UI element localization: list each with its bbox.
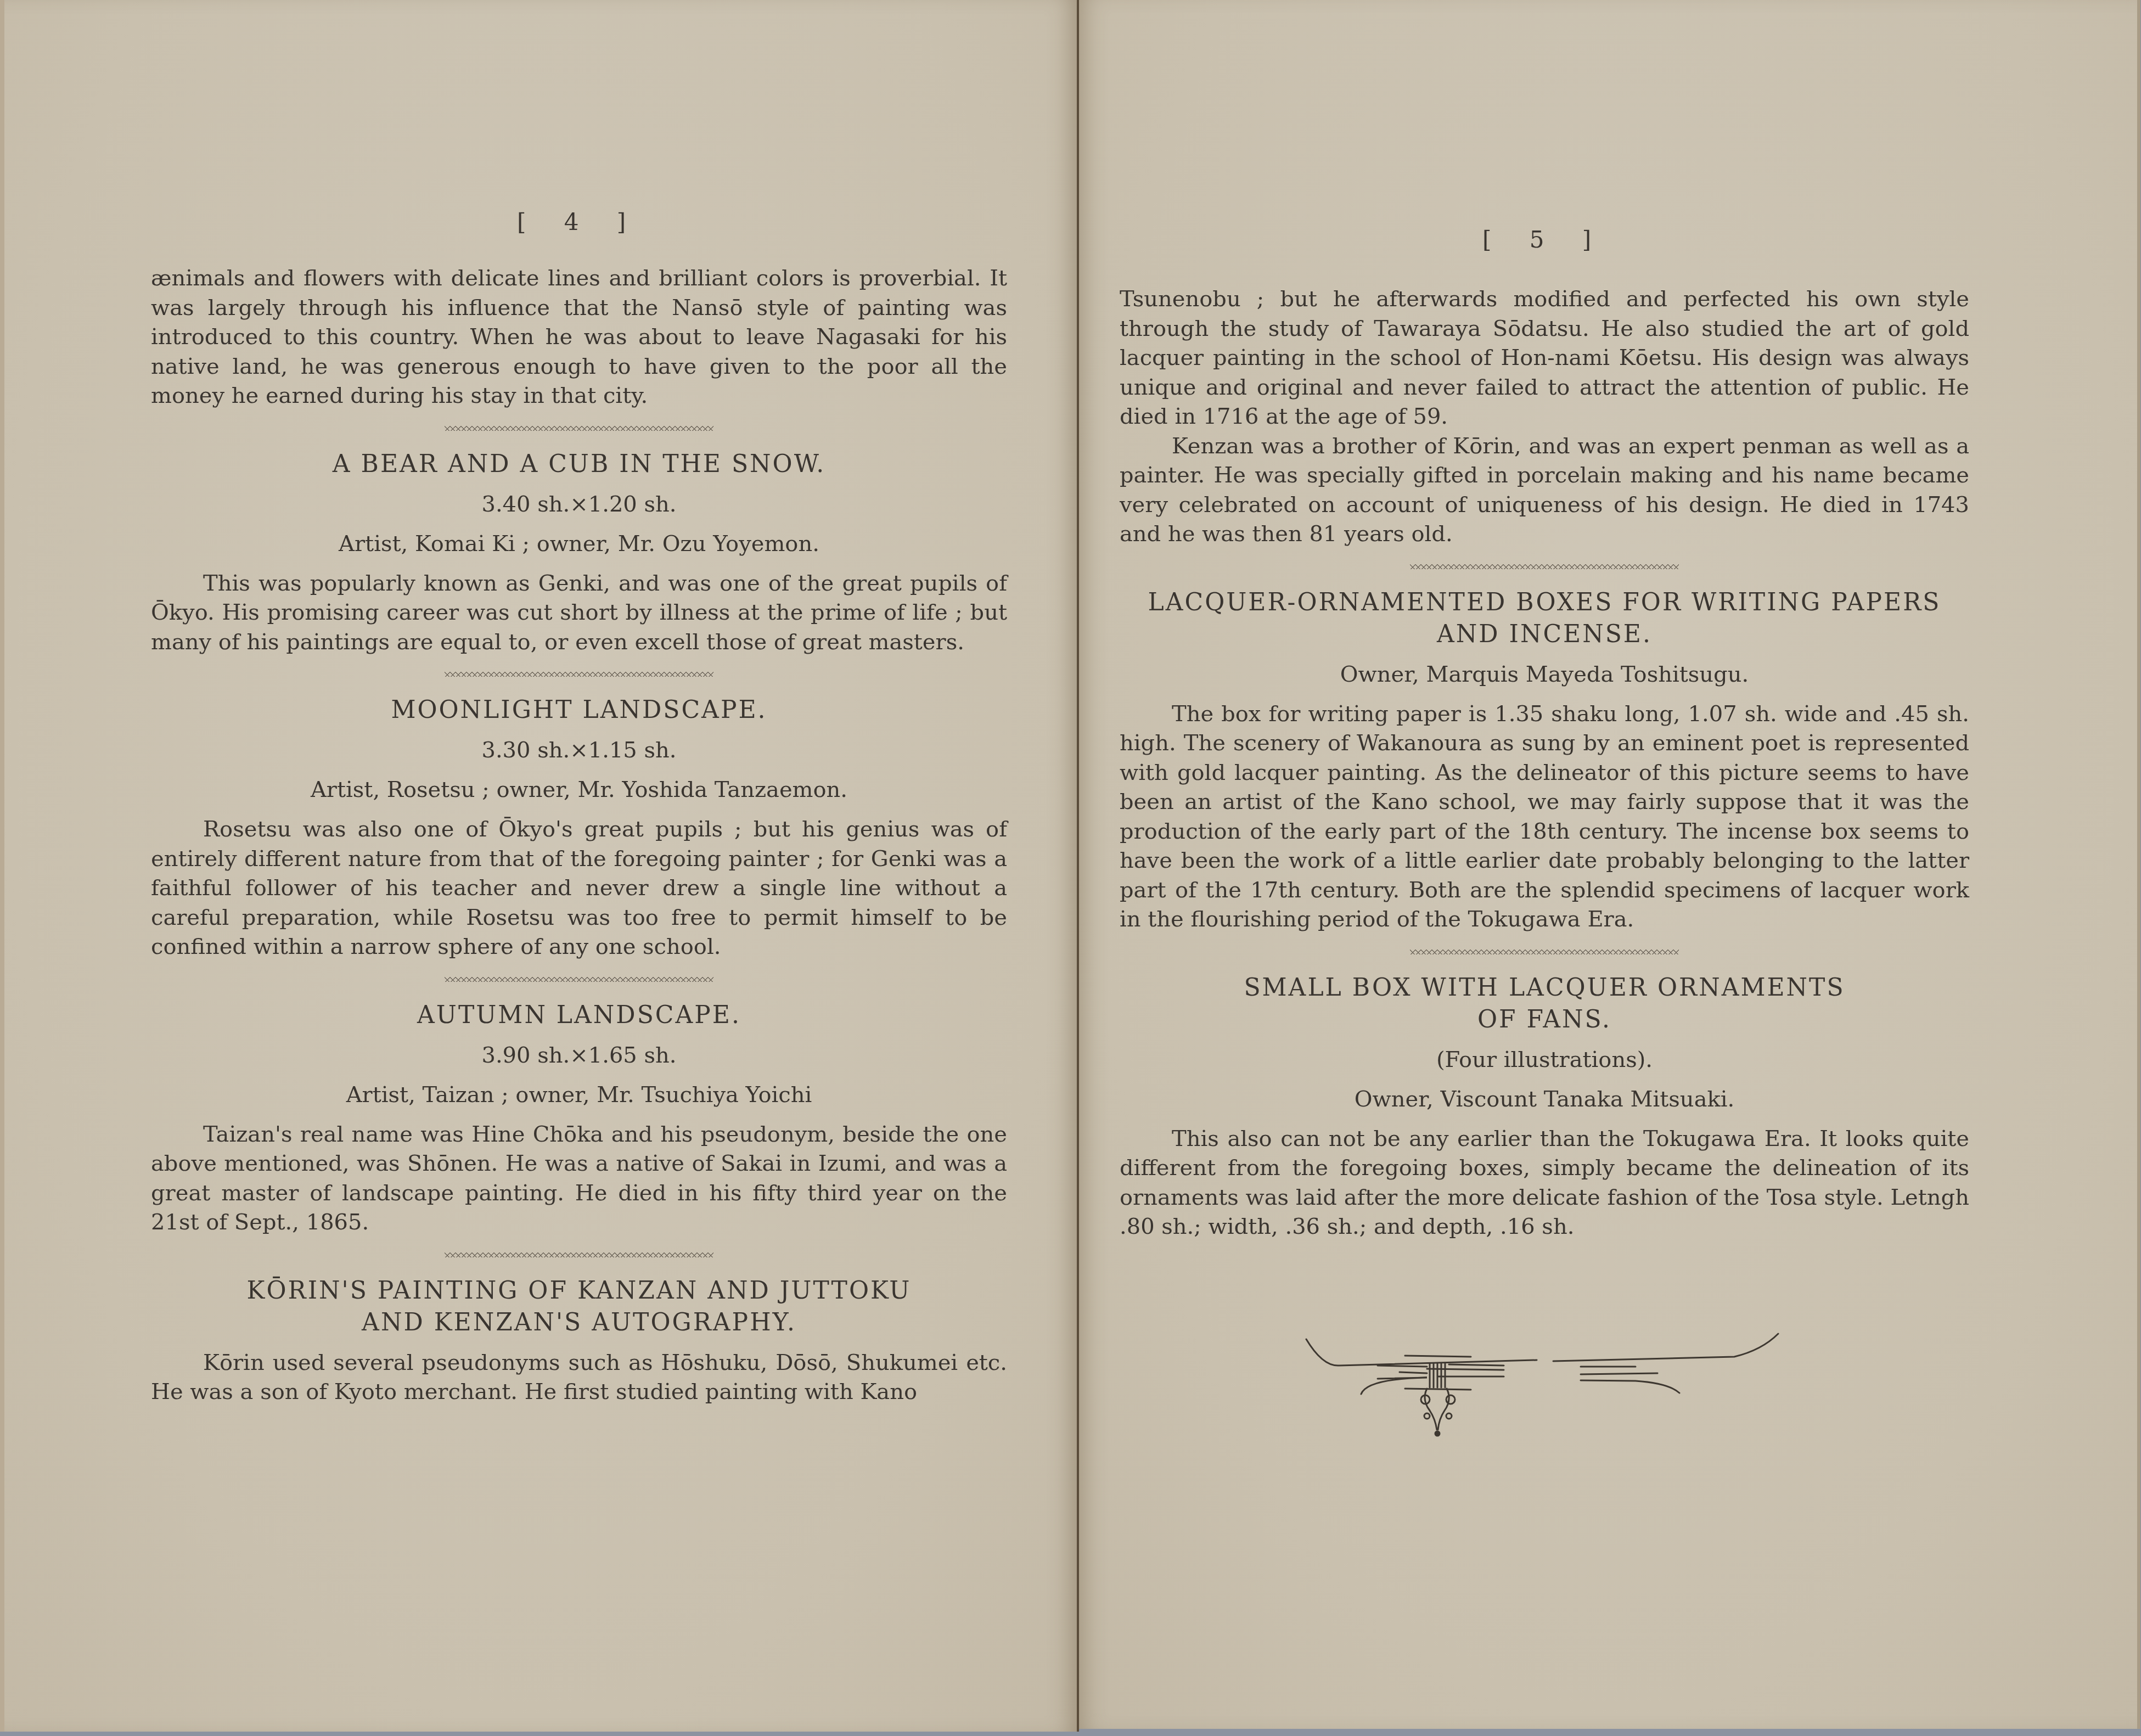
entry-credit: Artist, Komai Ki ; owner, Mr. Ozu Yoyemo… — [151, 530, 1007, 558]
entry-size: 3.40 sh.×1.20 sh. — [151, 490, 1007, 519]
entry-body: Taizan's real name was Hine Chōka and hi… — [151, 1120, 1007, 1238]
wavy-separator — [445, 425, 713, 431]
page-number: [ 4 ] — [151, 209, 1007, 235]
entry-credit: Artist, Rosetsu ; owner, Mr. Yoshida Tan… — [151, 776, 1007, 804]
entry-title: A BEAR AND A CUB IN THE SNOW. — [151, 448, 1007, 480]
left-page-content: [ 4 ] ænimals and flowers with delicate … — [151, 209, 1007, 1407]
wavy-separator — [1410, 949, 1679, 954]
continued-paragraph: Tsunenobu ; but he afterwards modified a… — [1120, 285, 1969, 432]
entry-size: 3.30 sh.×1.15 sh. — [151, 736, 1007, 765]
entry-title-line2: OF FANS. — [1120, 1004, 1969, 1036]
entry-body: Rosetsu was also one of Ōkyo's great pup… — [151, 815, 1007, 962]
entry-body: Kōrin used several pseudonyms such as Hō… — [151, 1349, 1007, 1407]
entry-title-line1: LACQUER-ORNAMENTED BOXES FOR WRITING PAP… — [1120, 587, 1969, 619]
entry-credit: Owner, Marquis Mayeda Toshitsugu. — [1120, 660, 1969, 689]
entry-title: AUTUMN LANDSCAPE. — [151, 999, 1007, 1031]
entry-title-line1: SMALL BOX WITH LACQUER ORNAMENTS — [1120, 972, 1969, 1004]
page-number: [ 5 ] — [1120, 226, 1969, 253]
entry-credit: Owner, Viscount Tanaka Mitsuaki. — [1120, 1085, 1969, 1114]
entry-body: This also can not be any earlier than th… — [1120, 1125, 1969, 1242]
wavy-separator — [445, 1252, 713, 1257]
tailpiece-ornament-icon — [1295, 1317, 1789, 1449]
kenzan-paragraph: Kenzan was a brother of Kōrin, and was a… — [1120, 432, 1969, 549]
entry-size: 3.90 sh.×1.65 sh. — [151, 1041, 1007, 1070]
entry-note: (Four illustrations). — [1120, 1046, 1969, 1074]
entry-title-line1: KŌRIN'S PAINTING OF KANZAN AND JUTTOKU — [151, 1275, 1007, 1307]
right-page-content: [ 5 ] Tsunenobu ; but he afterwards modi… — [1120, 226, 1969, 1242]
entry-title-line2: AND KENZAN'S AUTOGRAPHY. — [151, 1307, 1007, 1339]
wavy-separator — [445, 976, 713, 982]
wavy-separator — [1410, 564, 1679, 569]
entry-title: MOONLIGHT LANDSCAPE. — [151, 694, 1007, 726]
wavy-separator — [445, 671, 713, 677]
opening-paragraph: ænimals and flowers with delicate lines … — [151, 264, 1007, 411]
entry-credit: Artist, Taizan ; owner, Mr. Tsuchiya Yoi… — [151, 1081, 1007, 1109]
entry-title-line2: AND INCENSE. — [1120, 619, 1969, 650]
entry-body: This was popularly known as Genki, and w… — [151, 569, 1007, 658]
entry-body: The box for writing paper is 1.35 shaku … — [1120, 700, 1969, 935]
